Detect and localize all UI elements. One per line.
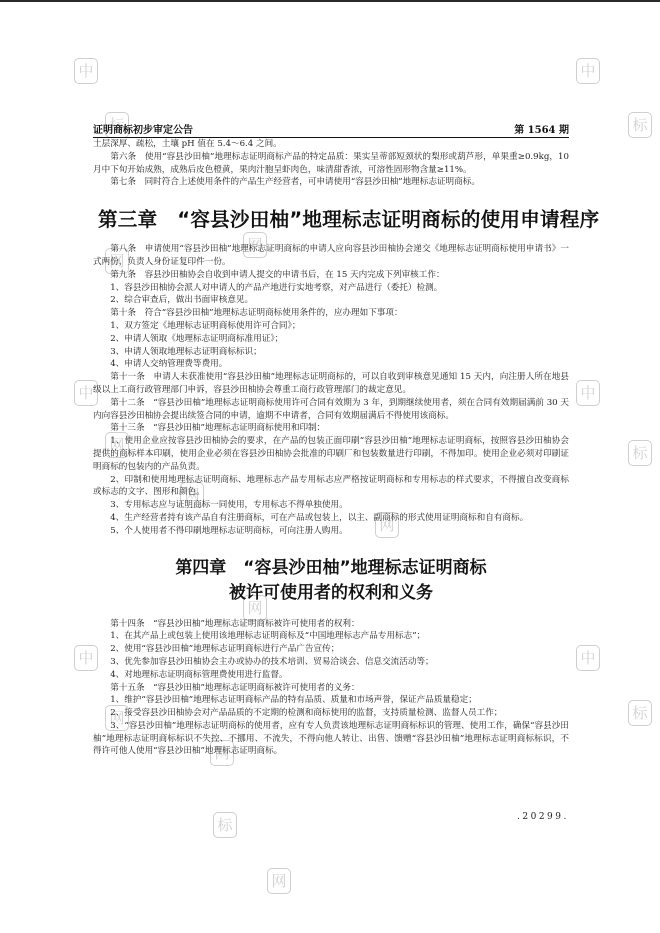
section-chapter-4: 第十四条 “容县沙田柚”地理标志证明商标被许可使用者的权利：1、在其产品上或包装… xyxy=(93,618,569,759)
section-top: 土层深厚、疏松，土壤 pH 值在 5.4～6.4 之间。第六条 使用“容县沙田柚… xyxy=(93,138,569,189)
paragraph: 第十五条 “容县沙田柚”地理标志证明商标被许可使用者的义务： xyxy=(93,682,569,695)
paragraph: 2、接受容县沙田柚协会对产品品质的不定期的检测和商标使用的监督，支持质量检测、监… xyxy=(93,707,569,720)
chapter-4-title: 第四章 “容县沙田柚”地理标志证明商标 被许可使用者的权利和义务 xyxy=(93,556,569,606)
section-chapter-3: 第八条 申请使用“容县沙田柚”地理标志证明商标的申请人应向容县沙田柚协会递交《地… xyxy=(93,243,569,537)
paragraph: 第八条 申请使用“容县沙田柚”地理标志证明商标的申请人应向容县沙田柚协会递交《地… xyxy=(93,243,569,269)
paragraph: 第十四条 “容县沙田柚”地理标志证明商标被许可使用者的权利： xyxy=(93,618,569,631)
paragraph: 5、个人使用者不得印刷地理标志证明商标，可向注册人购用。 xyxy=(93,525,569,538)
chapter-4-title-line2: 被许可使用者的权利和义务 xyxy=(93,581,569,606)
page-header: 证明商标初步审定公告 第 1564 期 xyxy=(93,120,569,138)
page-number: .20299. xyxy=(517,812,569,822)
paragraph: 3、申请人领取地理标志证明商标标识； xyxy=(93,346,569,359)
watermark-icon: 中 xyxy=(74,58,98,84)
paragraph: 1、在其产品上或包装上使用该地理标志证明商标及“中国地理标志产品专用标志”； xyxy=(93,630,569,643)
paragraph: 4、对地理标志证明商标管理费使用进行监督。 xyxy=(93,669,569,682)
paragraph: 第九条 容县沙田柚协会自收到申请人提交的申请书后，在 15 天内完成下列审核工作… xyxy=(93,269,569,282)
paragraph: 第十条 符合“容县沙田柚”地理标志证明商标使用条件的，应办理如下事项： xyxy=(93,307,569,320)
paragraph: 2、印制和使用地理标志证明商标、地理标志产品专用标志应严格按证明商标和专用标志的… xyxy=(93,474,569,500)
paragraph: 2、综合审查后，做出书面审核意见。 xyxy=(93,294,569,307)
paragraph: 1、使用企业应按容县沙田柚协会的要求，在产品的包装正面印刷“容县沙田柚”地理标志… xyxy=(93,435,569,473)
paragraph: 第十一条 申请人未获准使用“容县沙田柚”地理标志证明商标的，可以自收到审核意见通… xyxy=(93,371,569,397)
chapter-4-title-line1: 第四章 “容县沙田柚”地理标志证明商标 xyxy=(93,556,569,581)
paragraph: 第十三条 “容县沙田柚”地理标志证明商标使用和印制： xyxy=(93,422,569,435)
paragraph: 3、优先参加容县沙田柚协会主办或协办的技术培训、贸易洽谈会、信息交流活动等； xyxy=(93,656,569,669)
watermark-icon: 标 xyxy=(628,112,652,138)
watermark-icon: 中 xyxy=(576,645,600,671)
paragraph: 2、使用“容县沙田柚”地理标志证明商标进行产品广告宣传； xyxy=(93,643,569,656)
watermark-icon: 中 xyxy=(576,58,600,84)
watermark-icon: 标 xyxy=(628,440,652,466)
paragraph: 3、专用标志应与证明商标一同使用，专用标志不得单独使用。 xyxy=(93,499,569,512)
paragraph: 第七条 同时符合上述使用条件的产品生产经营者，可申请使用“容县沙田柚”地理标志证… xyxy=(93,176,569,189)
paragraph: 3、“容县沙田柚”地理标志证明商标的使用者，应有专人负责该地理标志证明商标标识的… xyxy=(93,720,569,758)
paragraph: 2、申请人领取《地理标志证明商标准用证》； xyxy=(93,333,569,346)
watermark-icon: 中 xyxy=(576,380,600,406)
paragraph: 1、维护“容县沙田柚”地理标志证明商标产品的特有品质、质量和市场声誉，保证产品质… xyxy=(93,694,569,707)
paragraph: 1、容县沙田柚协会派人对申请人的产品产地进行实地考察，对产品进行（委托）检测。 xyxy=(93,282,569,295)
watermark-icon: 标 xyxy=(628,700,652,726)
paragraph: 第六条 使用“容县沙田柚”地理标志证明商标产品的特定品质：果实呈蒂部短颈状的梨形… xyxy=(93,151,569,177)
paragraph: 第十二条 “容县沙田柚”地理标志证明商标使用许可合同有效期为 3 年，到期继续使… xyxy=(93,397,569,423)
chapter-3-title: 第三章 “容县沙田柚”地理标志证明商标的使用申请程序 xyxy=(98,204,569,232)
issue-number: 第 1564 期 xyxy=(514,121,569,136)
publication-title: 证明商标初步审定公告 xyxy=(93,121,193,136)
top-border xyxy=(0,0,660,2)
watermark-icon: 标 xyxy=(213,812,237,838)
watermark-icon: 网 xyxy=(267,868,291,894)
paragraph: 土层深厚、疏松，土壤 pH 值在 5.4～6.4 之间。 xyxy=(93,138,569,151)
paragraph: 1、双方签定《地理标志证明商标使用许可合同》； xyxy=(93,320,569,333)
paragraph: 4、生产经营者持有该产品自有注册商标，可在产品或包装上，以主、副商标的形式使用证… xyxy=(93,512,569,525)
document-page: 证明商标初步审定公告 第 1564 期 土层深厚、疏松，土壤 pH 值在 5.4… xyxy=(93,120,569,758)
paragraph: 4、申请人交纳管理费等费用。 xyxy=(93,358,569,371)
